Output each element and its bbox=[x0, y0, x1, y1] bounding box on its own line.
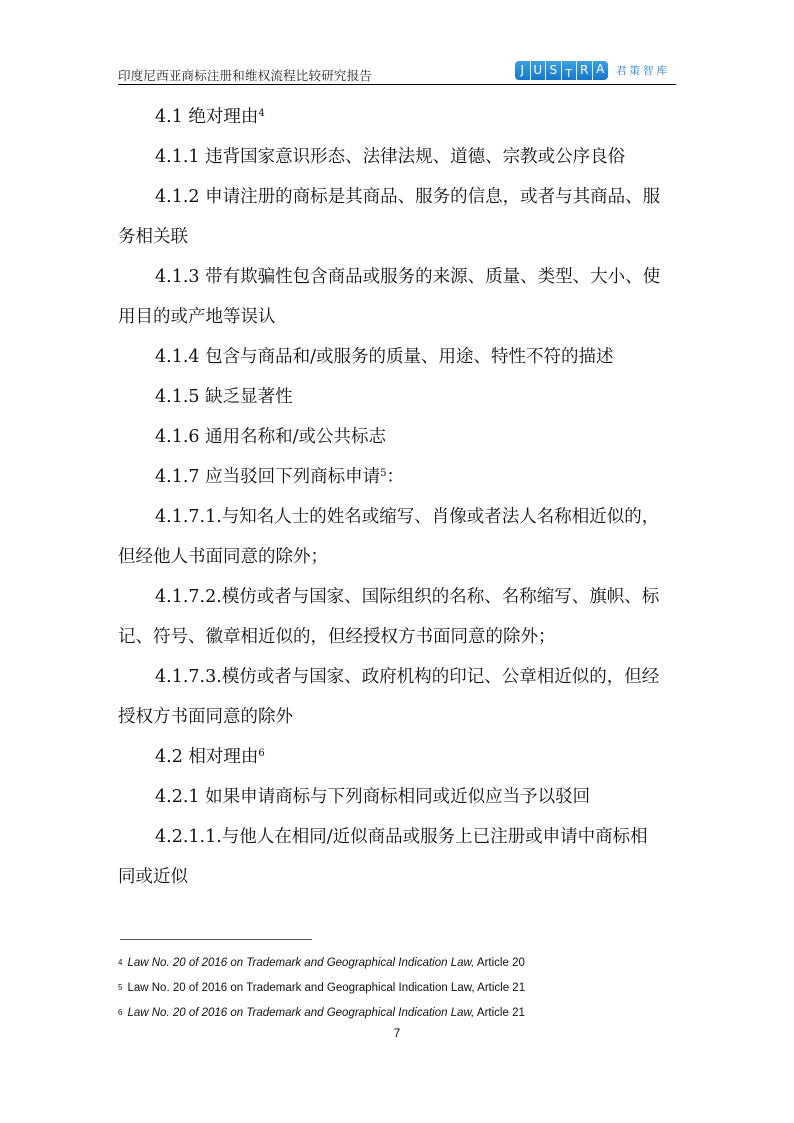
line-text: 4.1.5 缺乏显著性 bbox=[155, 387, 293, 407]
paragraph-line: 但经他人书面同意的除外； bbox=[118, 540, 678, 580]
footnote-number: 5 bbox=[118, 983, 122, 992]
line-text: 4.1.2 申请注册的商标是其商品、服务的信息，或者与其商品、服 bbox=[155, 187, 660, 207]
paragraph-line: 4.1.1 违背国家意识形态、法律法规、道德、宗教或公序良俗 bbox=[118, 140, 678, 180]
line-text: 4.1.3 带有欺骗性包含商品或服务的来源、质量、类型、大小、使 bbox=[155, 267, 660, 287]
footnote-article: Article 21 bbox=[474, 1007, 525, 1019]
line-text: 4.2 相对理由 bbox=[155, 747, 258, 767]
paragraph-line: 4.2.1.1.与他人在相同/近似商品或服务上已注册或申请中商标相 bbox=[118, 820, 678, 860]
line-text: 4.1.1 违背国家意识形态、法律法规、道德、宗教或公序良俗 bbox=[155, 147, 625, 167]
logo-letter: S bbox=[546, 61, 562, 80]
line-text: 用目的或产地等误认 bbox=[118, 307, 276, 327]
logo-letter: A bbox=[593, 61, 609, 80]
logo-chinese-name: 君策智库 bbox=[616, 63, 670, 78]
line-text: 授权方书面同意的除外 bbox=[118, 707, 293, 727]
footnote-ref-4[interactable]: 4 bbox=[258, 108, 264, 119]
line-text: 4.2.1 如果申请商标与下列商标相同或近似应当予以驳回 bbox=[155, 787, 590, 807]
footnote-ref-5[interactable]: 5 bbox=[380, 468, 386, 479]
paragraph-line: 同或近似 bbox=[118, 860, 678, 900]
paragraph-line: 4.1.5 缺乏显著性 bbox=[118, 380, 678, 420]
logo-letter-boxes: J U S T R A bbox=[515, 61, 608, 80]
body-text: 4.1 绝对理由4 4.1.1 违背国家意识形态、法律法规、道德、宗教或公序良俗… bbox=[118, 100, 678, 900]
line-text: 务相关联 bbox=[118, 227, 188, 247]
footnote-citation: Law No. 20 of 2016 on Trademark and Geog… bbox=[127, 1007, 474, 1019]
footnote-4: 4Law No. 20 of 2016 on Trademark and Geo… bbox=[118, 955, 678, 980]
paragraph-line: 授权方书面同意的除外 bbox=[118, 700, 678, 740]
footnote-article: Article 20 bbox=[474, 957, 525, 969]
footnote-5: 5Law No. 20 of 2016 on Trademark and Geo… bbox=[118, 980, 678, 1005]
line-text: 4.1.4 包含与商品和/或服务的质量、用途、特性不符的描述 bbox=[155, 347, 614, 367]
line-text: 4.1.7.3.模仿或者与国家、政府机构的印记、公章相近似的，但经 bbox=[155, 667, 659, 687]
footnote-number: 6 bbox=[118, 1008, 122, 1017]
page-header: 印度尼西亚商标注册和维权流程比较研究报告 J U S T R A 君策智库 bbox=[118, 60, 676, 85]
logo-letter: T bbox=[562, 61, 578, 80]
paragraph-line: 4.1.2 申请注册的商标是其商品、服务的信息，或者与其商品、服 bbox=[118, 180, 678, 220]
line-tail: ： bbox=[386, 467, 404, 487]
line-text: 4.2.1.1.与他人在相同/近似商品或服务上已注册或申请中商标相 bbox=[155, 827, 648, 847]
line-text: 同或近似 bbox=[118, 867, 188, 887]
heading-4-1: 4.1 绝对理由4 bbox=[118, 100, 678, 140]
paragraph-line: 4.1.7.2.模仿或者与国家、国际组织的名称、名称缩写、旗帜、标 bbox=[118, 580, 678, 620]
paragraph-line: 4.2.1 如果申请商标与下列商标相同或近似应当予以驳回 bbox=[118, 780, 678, 820]
logo-letter: U bbox=[531, 61, 547, 80]
paragraph-line: 4.1.7.1.与知名人士的姓名或缩写、肖像或者法人名称相近似的， bbox=[118, 500, 678, 540]
footnote-number: 4 bbox=[118, 958, 122, 967]
heading-4-2: 4.2 相对理由6 bbox=[118, 740, 678, 780]
footnote-ref-6[interactable]: 6 bbox=[258, 748, 264, 759]
footnote-separator bbox=[120, 939, 312, 940]
paragraph-line: 务相关联 bbox=[118, 220, 678, 260]
logo-letter: R bbox=[577, 61, 593, 80]
justra-logo: J U S T R A 君策智库 bbox=[515, 60, 670, 80]
paragraph-line: 4.1.3 带有欺骗性包含商品或服务的来源、质量、类型、大小、使 bbox=[118, 260, 678, 300]
paragraph-line: 记、符号、徽章相近似的，但经授权方书面同意的除外； bbox=[118, 620, 678, 660]
line-text: 4.1.7.1.与知名人士的姓名或缩写、肖像或者法人名称相近似的， bbox=[155, 507, 659, 527]
line-text: 但经他人书面同意的除外； bbox=[118, 547, 328, 567]
footnote-citation: Law No. 20 of 2016 on Trademark and Geog… bbox=[127, 957, 474, 969]
page-number: 7 bbox=[0, 1026, 794, 1040]
report-title: 印度尼西亚商标注册和维权流程比较研究报告 bbox=[118, 66, 372, 84]
paragraph-line: 4.1.7.3.模仿或者与国家、政府机构的印记、公章相近似的，但经 bbox=[118, 660, 678, 700]
line-text: 4.1 绝对理由 bbox=[155, 107, 258, 127]
line-text: 记、符号、徽章相近似的，但经授权方书面同意的除外； bbox=[118, 627, 556, 647]
paragraph-line: 用目的或产地等误认 bbox=[118, 300, 678, 340]
line-text: 4.1.7.2.模仿或者与国家、国际组织的名称、名称缩写、旗帜、标 bbox=[155, 587, 659, 607]
footnote-article: Law No. 20 of 2016 on Trademark and Geog… bbox=[127, 982, 525, 994]
paragraph-line: 4.1.4 包含与商品和/或服务的质量、用途、特性不符的描述 bbox=[118, 340, 678, 380]
paragraph-line: 4.1.6 通用名称和/或公共标志 bbox=[118, 420, 678, 460]
line-text: 4.1.6 通用名称和/或公共标志 bbox=[155, 427, 386, 447]
document-page: 印度尼西亚商标注册和维权流程比较研究报告 J U S T R A 君策智库 4.… bbox=[0, 0, 794, 1123]
footnotes: 4Law No. 20 of 2016 on Trademark and Geo… bbox=[118, 955, 678, 1030]
logo-letter: J bbox=[515, 61, 531, 80]
paragraph-line: 4.1.7 应当驳回下列商标申请5： bbox=[118, 460, 678, 500]
line-text: 4.1.7 应当驳回下列商标申请 bbox=[155, 467, 380, 487]
